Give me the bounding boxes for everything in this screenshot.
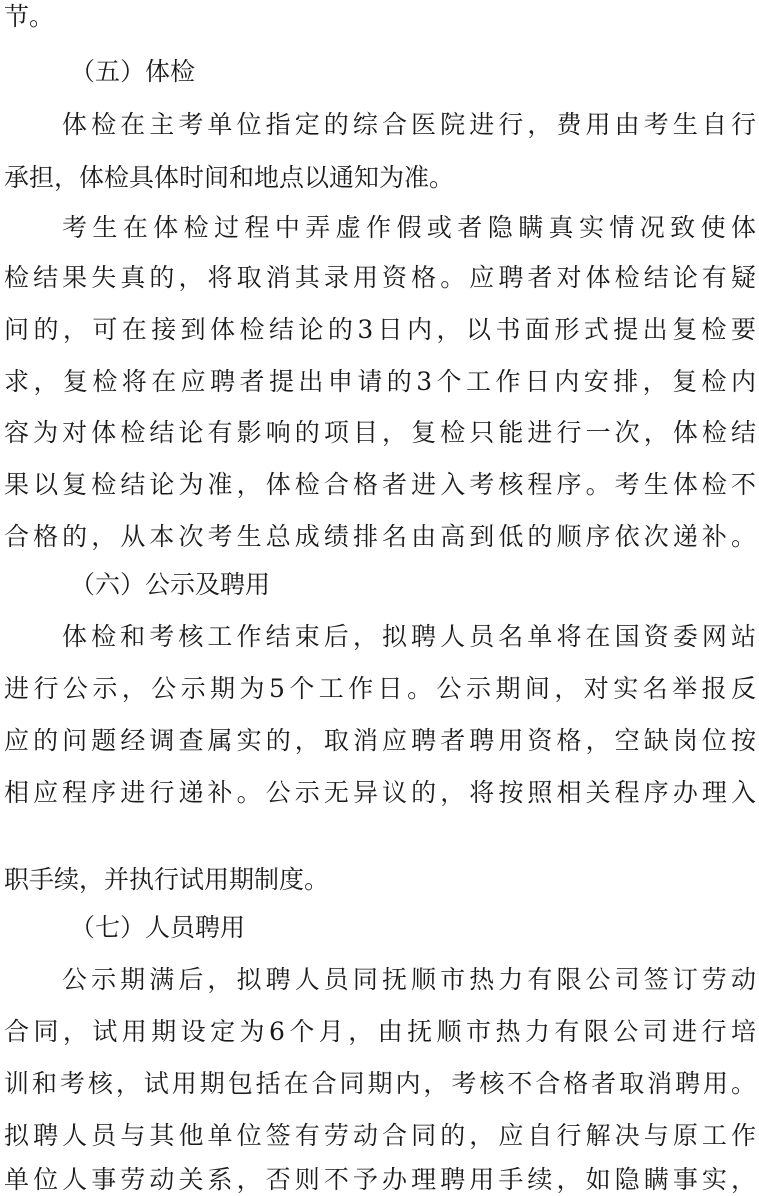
paragraph-line: 进行公示，公示期为5个工作日。公示期间，对实名举报反 [4,672,756,706]
paragraph-line: 合格的，从本次考生总成绩排名由高到低的顺序依次递补。 [4,520,756,554]
paragraph-line: 承担，体检具体时间和地点以通知为准。 [4,161,756,195]
paragraph-line: 容为对体检结论有影响的项目，复检只能进行一次，体检结 [4,416,756,450]
paragraph-line: 训和考核，试用期包括在合同期内，考核不合格者取消聘用。 [4,1067,756,1101]
paragraph-line: 求，复检将在应聘者提出申请的3个工作日内安排，复检内 [4,365,756,399]
paragraph-line: 问的，可在接到体检结论的3日内，以书面形式提出复检要 [4,313,756,347]
paragraph-line: 应的问题经调查属实的，取消应聘者聘用资格，空缺岗位按 [4,724,756,758]
section-heading: （七）人员聘用 [70,911,245,945]
section-heading: （六）公示及聘用 [70,568,270,602]
paragraph-line: 合同，试用期设定为6个月，由抚顺市热力有限公司进行培 [4,1015,756,1049]
paragraph-line: 体检在主考单位指定的综合医院进行，费用由考生自行 [62,108,756,142]
paragraph-line: 考生在体检过程中弄虚作假或者隐瞒真实情况致使体 [62,211,756,245]
section-heading: （五）体检 [70,55,195,89]
paragraph-line: 相应程序进行递补。公示无异议的，将按照相关程序办理入 [4,776,756,810]
paragraph-line: 拟聘人员与其他单位签有劳动合同的，应自行解决与原工作 [4,1119,756,1153]
paragraph-line: 单位人事劳动关系，否则不予办理聘用手续，如隐瞒事实， [4,1163,756,1196]
paragraph-line: 果以复检结论为准，体检合格者进入考核程序。考生体检不 [4,468,756,502]
paragraph-line: 节。 [4,0,756,34]
paragraph-line: 检结果失真的，将取消其录用资格。应聘者对体检结论有疑 [4,261,756,295]
paragraph-line: 公示期满后，拟聘人员同抚顺市热力有限公司签订劳动 [62,963,756,997]
paragraph-line: 体检和考核工作结束后，拟聘人员名单将在国资委网站 [62,620,756,654]
paragraph-line: 职手续，并执行试用期制度。 [4,863,756,897]
